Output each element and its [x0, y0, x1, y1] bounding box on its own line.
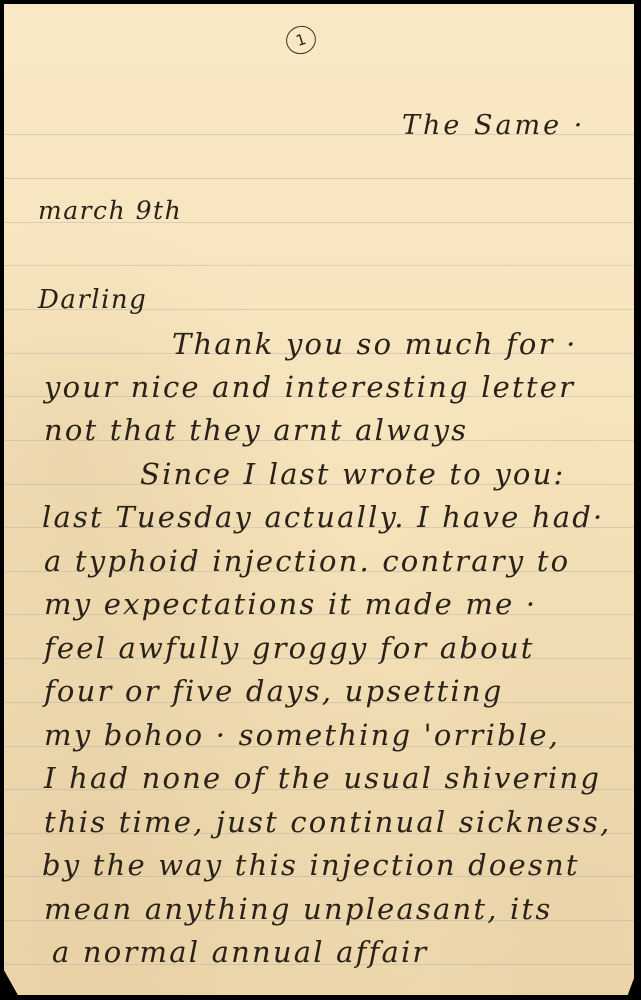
letter-salutation: Darling	[38, 287, 147, 313]
ruled-line	[4, 265, 634, 266]
letter-line: last Tuesday actually. I have had·	[42, 503, 604, 532]
letter-line: by the way this injection doesnt	[42, 851, 580, 880]
letter-line: mean anything unpleasant, its	[44, 895, 552, 924]
letter-line: your nice and interesting letter	[44, 373, 575, 402]
letter-line: I had none of the usual shivering	[44, 764, 601, 793]
letter-line: feel awfully groggy for about	[44, 634, 535, 663]
ruled-line	[4, 178, 634, 179]
letter-date: march 9th	[38, 198, 182, 223]
letter-line: a typhoid injection. contrary to	[44, 547, 570, 576]
letter-line: four or five days, upsetting	[44, 677, 504, 706]
letter-line: Since I last wrote to you:	[140, 460, 565, 489]
letter-line: a normal annual affair	[52, 938, 428, 967]
letter-line: my expectations it made me ·	[44, 590, 537, 619]
letter-line: this time, just continual sickness,	[44, 808, 611, 837]
letter-line: Thank you so much for ·	[172, 330, 577, 359]
letter-heading: The Same ·	[402, 112, 585, 139]
page-number: 1	[294, 30, 309, 50]
letter-line: my bohoo · something 'orrible,	[44, 721, 560, 750]
letter-line: not that they arnt always	[44, 416, 468, 445]
